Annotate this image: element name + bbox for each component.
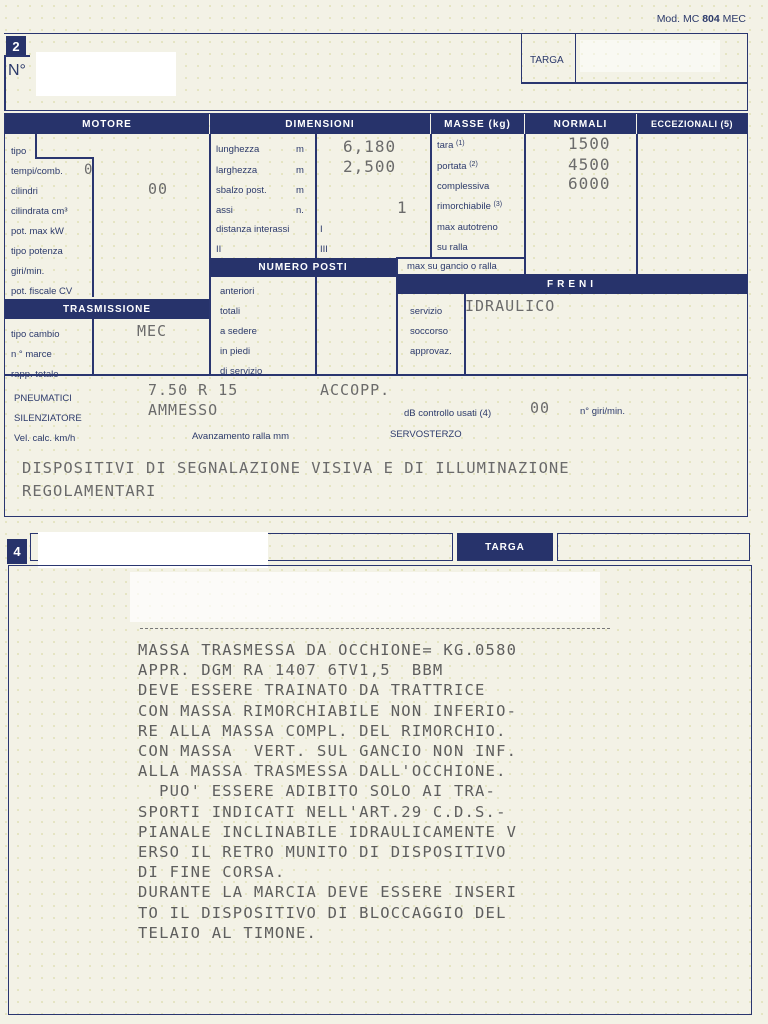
note-line: DURANTE LA MARCIA DEVE ESSERE INSERI: [138, 882, 517, 902]
giri-min-label: n° giri/min.: [580, 406, 625, 417]
note-line: ALLA MASSA TRASMESSA DALL'OCCHIONE.: [138, 761, 517, 781]
perforation-line: [140, 628, 610, 629]
masse-header: MASSE (kg): [431, 114, 524, 134]
masse-header-text: MASSE (kg): [444, 119, 511, 130]
note-line: CON MASSA VERT. SUL GANCIO NON INF.: [138, 741, 517, 761]
section-4-number: 4: [13, 544, 20, 559]
numero-posti-header: NUMERO POSTI: [210, 258, 396, 277]
note-line: ERSO IL RETRO MUNITO DI DISPOSITIVO: [138, 842, 517, 862]
freni-label-servizio: servizio: [410, 306, 442, 317]
section-4-redaction: [38, 532, 268, 568]
masse-label-rimorchiabile: rimorchiabile (3): [437, 201, 502, 212]
masse-label-portata: portata (2): [437, 161, 478, 172]
dim-interasse-ii: II: [216, 244, 221, 255]
motore-header-text: MOTORE: [82, 119, 132, 130]
pneumatici-label: PNEUMATICI: [14, 393, 72, 404]
db-controllo-value: 00: [530, 399, 550, 417]
motore-label-giri: giri/min.: [11, 266, 44, 277]
dim-unit-lunghezza: m: [296, 144, 304, 155]
eccezionali-header-text: ECCEZIONALI (5): [651, 119, 733, 129]
motore-label-cilindri: cilindri: [11, 186, 38, 197]
form-code: Mod. MC 804 MEC: [657, 13, 746, 25]
trasmissione-label-marce: n ° marce: [11, 349, 52, 360]
motore-label-tempi: tempi/comb.: [11, 166, 63, 177]
motore-label-tipo: tipo: [11, 146, 26, 157]
silenziatore-value: AMMESSO: [148, 401, 218, 419]
masse-note-tara: (1): [456, 140, 465, 147]
normali-header-text: NORMALI: [554, 119, 608, 130]
pneumatici-value: 7.50 R 15: [148, 381, 238, 399]
masse-label-max-autotreno: max autotreno: [437, 222, 498, 233]
motore-label-cilindrata: cilindrata cm³: [11, 206, 68, 217]
masse-label-max-gancio: max su gancio o ralla: [407, 261, 497, 272]
cilindri-value: 00: [148, 180, 168, 198]
pneumatici-accopp: ACCOPP.: [320, 381, 390, 399]
form-code-suffix: MEC: [723, 13, 746, 25]
normali-header: NORMALI: [525, 114, 636, 134]
dim-interasse-iii: III: [320, 244, 328, 255]
dimensioni-header-text: DIMENSIONI: [285, 119, 354, 130]
dim-label-larghezza: larghezza: [216, 165, 257, 176]
motore-label-tipo-potenza: tipo potenza: [11, 246, 63, 257]
masse-label-portata-text: portata: [437, 161, 467, 172]
posti-label-a-sedere: a sedere: [220, 326, 257, 337]
note-line: PIANALE INCLINABILE IDRAULICAMENTE V: [138, 822, 517, 842]
section-4-badge: 4: [7, 539, 27, 564]
masse-label-complessiva: complessiva: [437, 181, 489, 192]
masse-label-rimorchiabile-text: rimorchiabile: [437, 201, 491, 212]
freni-header-text: FRENI: [547, 279, 597, 290]
silenziatore-label: SILENZIATORE: [14, 413, 82, 424]
section-4-targa-label: TARGA: [457, 533, 553, 561]
note-line: RE ALLA MASSA COMPL. DEL RIMORCHIO.: [138, 721, 517, 741]
masse-value-complessiva: 6000: [568, 174, 611, 193]
dim-unit-larghezza: m: [296, 165, 304, 176]
freni-label-soccorso: soccorso: [410, 326, 448, 337]
motore-header: MOTORE: [5, 114, 209, 134]
dim-label-lunghezza: lunghezza: [216, 144, 259, 155]
dim-label-assi: assi: [216, 205, 233, 216]
note-line: TO IL DISPOSITIVO DI BLOCCAGGIO DEL: [138, 903, 517, 923]
dim-label-sbalzo: sbalzo post.: [216, 185, 267, 196]
dimensioni-header: DIMENSIONI: [210, 114, 430, 134]
eccezionali-header: ECCEZIONALI (5): [637, 114, 747, 134]
masse-value-portata: 4500: [568, 155, 611, 174]
dim-unit-sbalzo: m: [296, 185, 304, 196]
freni-header: FRENI: [397, 274, 747, 294]
note-line: CON MASSA RIMORCHIABILE NON INFERIO-: [138, 701, 517, 721]
note-line: TELAIO AL TIMONE.: [138, 923, 517, 943]
tipo-cambio-value: MEC: [137, 322, 167, 340]
section-4-targa-text: TARGA: [485, 542, 525, 553]
trasmissione-label-tipo-cambio: tipo cambio: [11, 329, 60, 340]
posti-label-in-piedi: in piedi: [220, 346, 250, 357]
form-code-number: 804: [702, 13, 720, 25]
freni-label-approvaz: approvaz.: [410, 346, 452, 357]
form-code-prefix: Mod. MC: [657, 13, 700, 25]
masse-label-tara-text: tara: [437, 140, 453, 151]
note-line: DEVE ESSERE TRAINATO DA TRATTRICE: [138, 680, 517, 700]
dim-value-larghezza: 2,500: [343, 157, 396, 176]
number-label: N°: [8, 62, 26, 80]
dispositivi-line-1: DISPOSITIVI DI SEGNALAZIONE VISIVA E DI …: [22, 459, 570, 477]
servosterzo-label: SERVOSTERZO: [390, 429, 462, 440]
vel-calc-label: Vel. calc. km/h: [14, 433, 75, 444]
note-line: APPR. DGM RA 1407 6TV1,5 BBM: [138, 660, 517, 680]
note-line: MASSA TRASMESSA DA OCCHIONE= KG.0580: [138, 640, 517, 660]
avanzamento-ralla-label: Avanzamento ralla mm: [192, 431, 289, 442]
number-field[interactable]: [36, 52, 176, 96]
masse-note-rimorchiabile: (3): [494, 201, 503, 208]
section-4-notes: MASSA TRASMESSA DA OCCHIONE= KG.0580APPR…: [138, 640, 517, 943]
note-line: DI FINE CORSA.: [138, 862, 517, 882]
note-line: SPORTI INDICATI NELL'ART.29 C.D.S.-: [138, 802, 517, 822]
targa-label: TARGA: [530, 55, 564, 66]
masse-label-tara: tara (1): [437, 140, 465, 151]
section-4-body-redaction: [130, 572, 600, 622]
motore-label-pot-max: pot. max kW: [11, 226, 64, 237]
motore-label-pot-fiscale: pot. fiscale CV: [11, 286, 72, 297]
dim-unit-assi: n.: [296, 205, 304, 216]
dim-interasse-i: I: [320, 224, 323, 235]
masse-label-su-ralla: su ralla: [437, 242, 468, 253]
targa-field[interactable]: [580, 40, 720, 72]
masse-value-tara: 1500: [568, 134, 611, 153]
posti-label-anteriori: anteriori: [220, 286, 254, 297]
numero-posti-header-text: NUMERO POSTI: [258, 262, 347, 273]
note-line: PUO' ESSERE ADIBITO SOLO AI TRA-: [138, 781, 517, 801]
trasmissione-header-text: TRASMISSIONE: [63, 304, 151, 315]
dim-value-lunghezza: 6,180: [343, 137, 396, 156]
posti-label-totali: totali: [220, 306, 240, 317]
dim-label-interassi: distanza interassi: [216, 224, 289, 235]
db-controllo-label: dB controllo usati (4): [404, 408, 491, 419]
dispositivi-line-2: REGOLAMENTARI: [22, 482, 156, 500]
section-4-targa-field[interactable]: [557, 533, 750, 561]
freni-servizio-value: IDRAULICO: [465, 297, 555, 315]
tempi-value: 0: [84, 162, 93, 178]
trasmissione-header: TRASMISSIONE: [5, 299, 209, 319]
masse-note-portata: (2): [469, 161, 478, 168]
dim-value-assi: 1: [397, 198, 408, 217]
